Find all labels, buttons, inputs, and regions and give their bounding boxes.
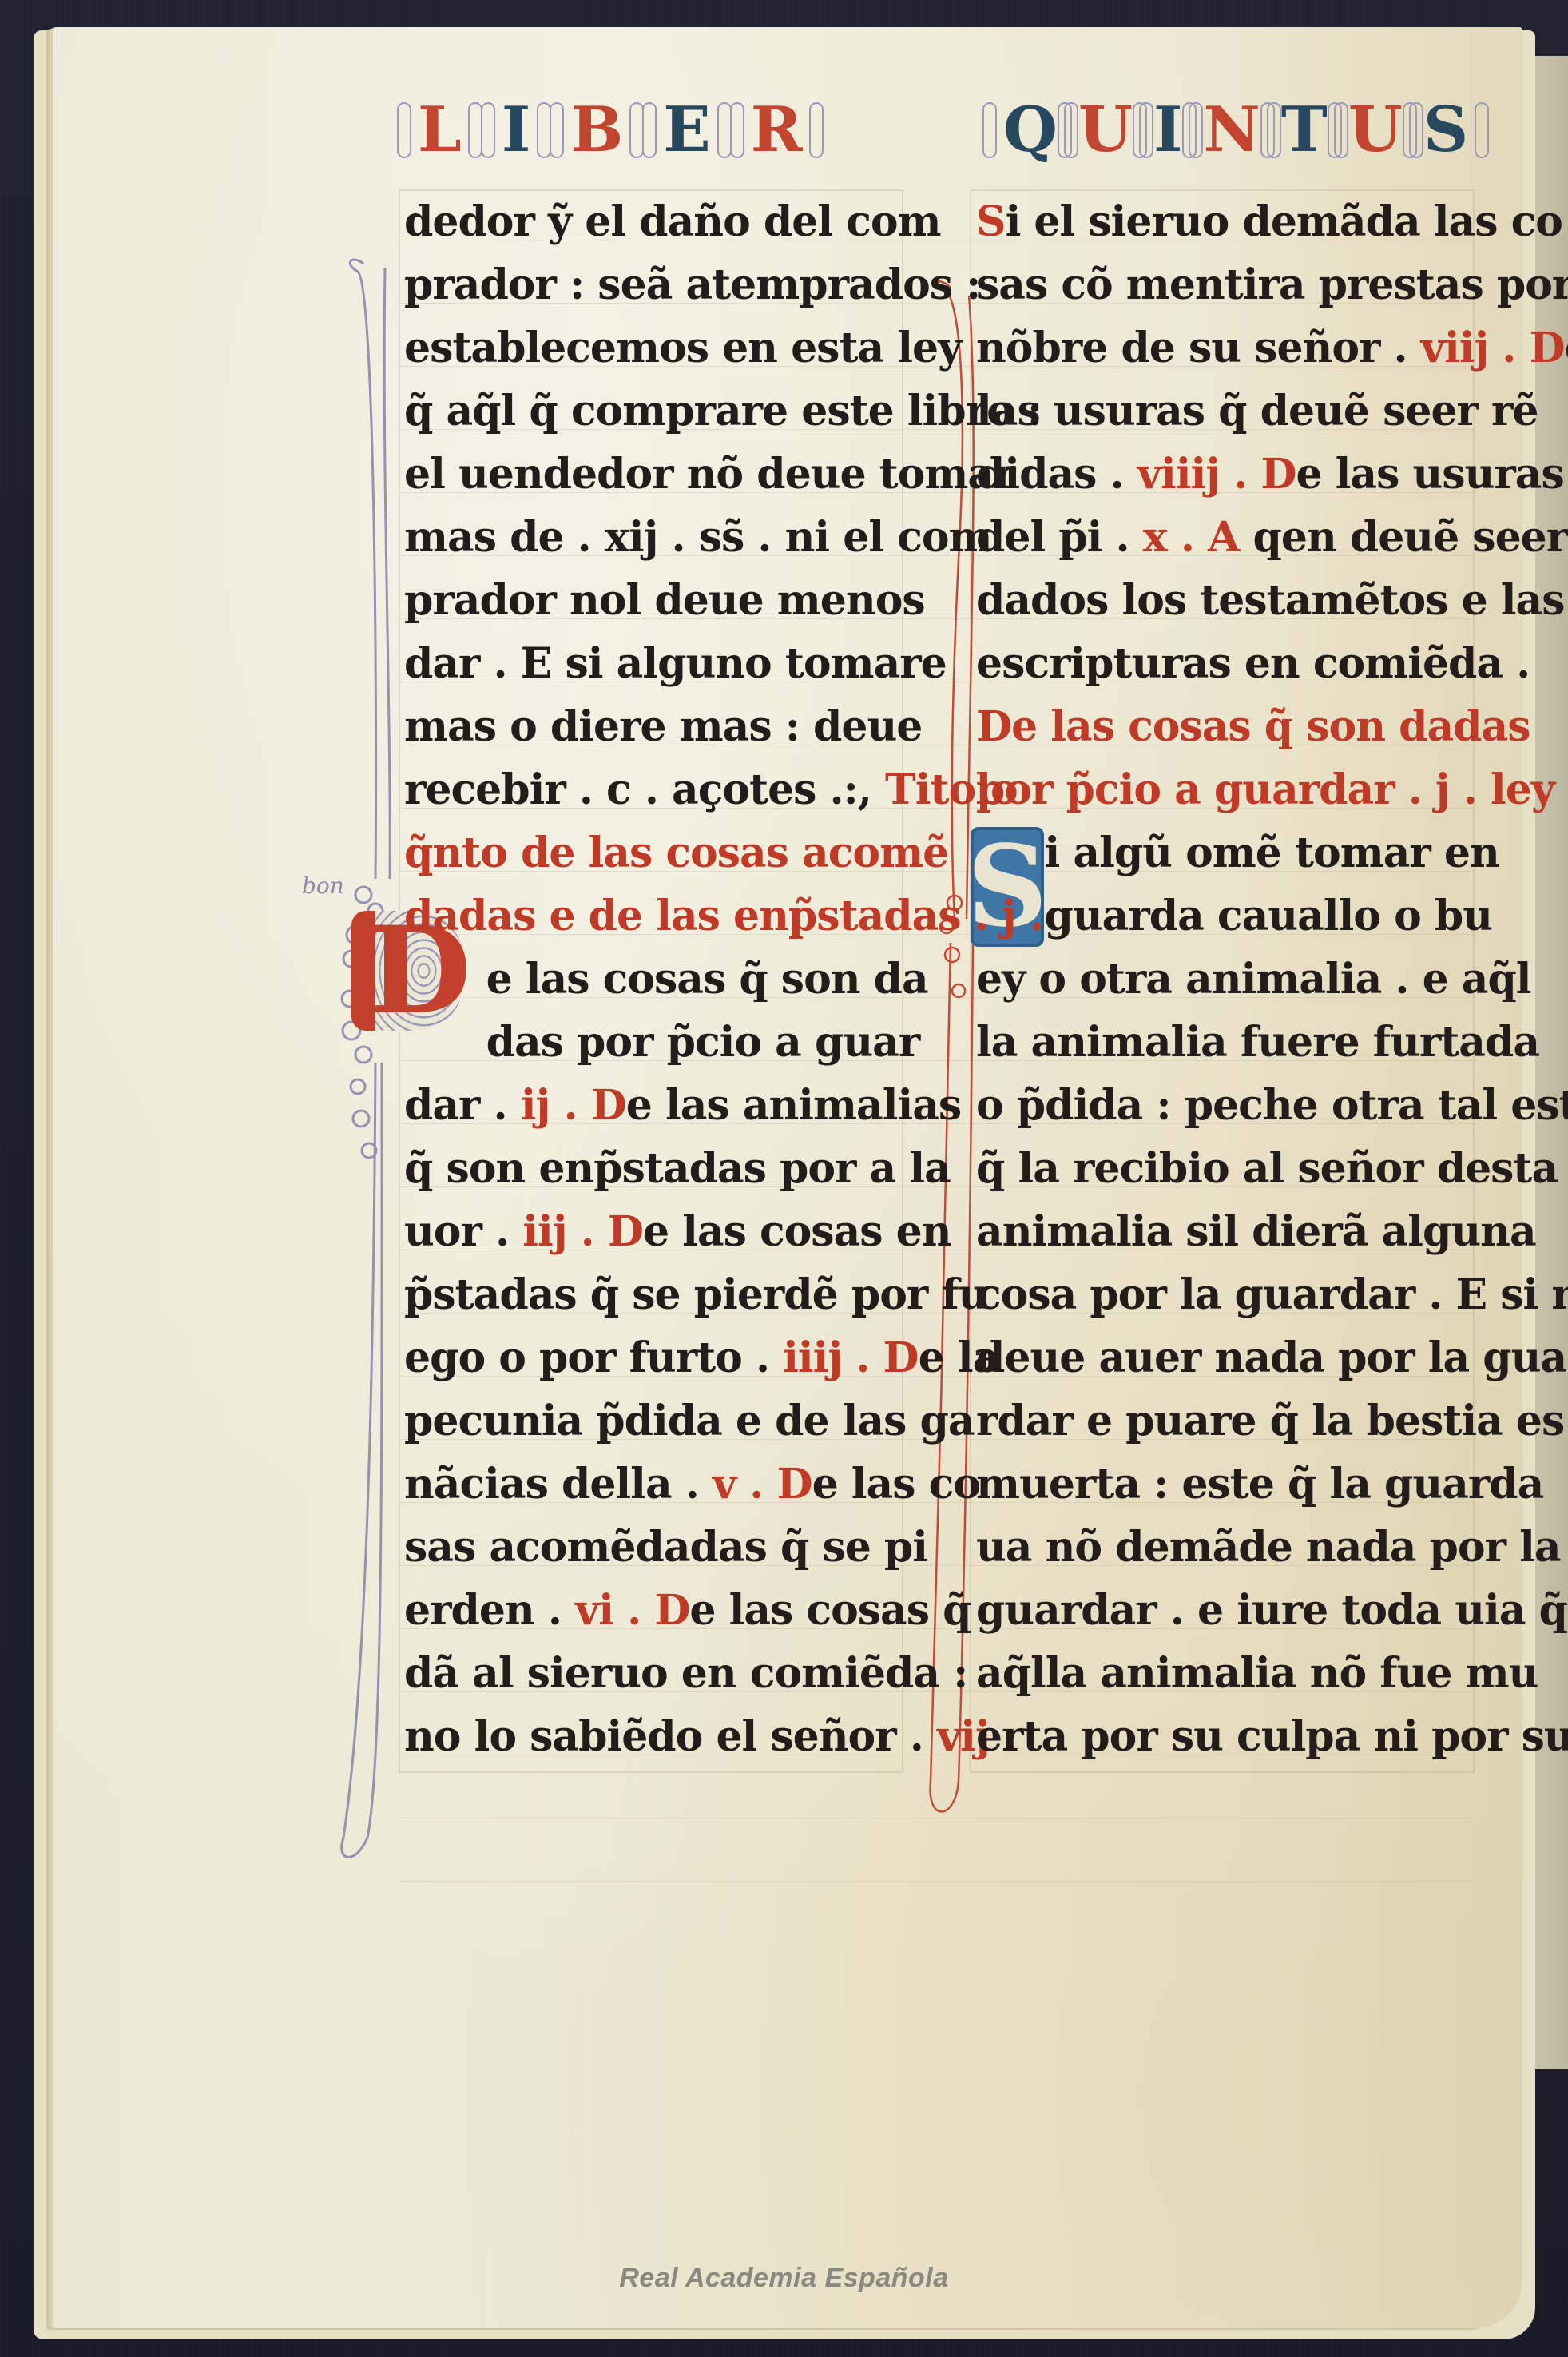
rubric-text: S (976, 197, 1006, 246)
body-text: ua nõ demãde nada por la (976, 1523, 1561, 1572)
rubric-text: dadas e de las enp̃stadas . j . (404, 892, 1043, 940)
text-line: prador nol deue menos (404, 569, 899, 632)
running-head-letter: T (1275, 99, 1334, 161)
body-text: didas . (976, 450, 1137, 499)
rubric-text: iiij . D (783, 1334, 918, 1382)
text-line: guardar . e iure toda uia q̃ (976, 1579, 1471, 1642)
rubric-text: iij . D (522, 1207, 643, 1256)
body-text: nõbre de su señor . (976, 324, 1421, 372)
rubric-text: De las cosas q̃ son dadas (976, 702, 1530, 751)
body-text: sas acomẽdadas q̃ se pi (404, 1523, 927, 1572)
body-text: q̃ la recibio al señor desta (976, 1144, 1558, 1193)
body-text: e (1565, 324, 1568, 372)
running-head-letter: U (1072, 99, 1139, 161)
body-text: e las cosas q̃ son da (404, 955, 928, 1004)
body-text: q̃ son enp̃stadas por a la (404, 1144, 951, 1193)
body-text: e las animalias (626, 1081, 961, 1130)
text-column-left: dedor ỹ el daño del comprador : seã atem… (404, 190, 899, 1768)
body-text: ey o otra animalia . e aq̃l (976, 955, 1531, 1004)
rubric-text: v . D (713, 1460, 812, 1508)
text-line: Si el sieruo demãda las co (976, 190, 1471, 253)
body-text: deue auer nada por la gua (976, 1334, 1566, 1382)
text-line: q̃nto de las cosas acomẽ (404, 821, 899, 884)
text-line: ua nõ demãde nada por la (976, 1516, 1471, 1579)
body-text: i el sieruo demãda las co (1006, 197, 1562, 246)
running-head-letter: I (495, 99, 538, 161)
text-line: prador : seã atemprados : (404, 253, 899, 316)
text-line: escripturas en comiẽda . (976, 632, 1471, 695)
body-text: establecemos en esta ley (404, 324, 961, 372)
body-text: p̃stadas q̃ se pierdẽ por fu (404, 1270, 988, 1319)
body-text: recebir . c . açotes .:, (404, 765, 885, 814)
running-head-letter: R (744, 99, 809, 161)
body-text: mas o diere mas : deue (404, 702, 922, 751)
text-line: De las cosas q̃ son dadas (976, 695, 1471, 758)
text-line: mas de . xij . ss̃ . ni el com (404, 506, 899, 569)
running-head-letter: N (1197, 99, 1266, 161)
body-text: uor . (404, 1207, 522, 1256)
text-line: recebir . c . açotes .:, Titolo (404, 758, 899, 821)
ruling-line (399, 1881, 1474, 1882)
text-column-right: Si el sieruo demãda las cosas cõ mentira… (976, 190, 1471, 1768)
text-line: cosa por la guardar . E si nõ (976, 1263, 1471, 1326)
text-line: animalia sil dierã alguna (976, 1200, 1471, 1263)
text-line: pecunia p̃dida e de las ga (404, 1389, 899, 1453)
text-line: q̃ son enp̃stadas por a la (404, 1137, 899, 1200)
body-text: nãcias della . (404, 1460, 713, 1508)
body-text: das por p̃cio a guar (404, 1018, 919, 1067)
rubric-text: q̃nto de las cosas acomẽ (404, 829, 948, 877)
text-line: ey o otra animalia . e aq̃l (976, 948, 1471, 1011)
body-text: el uendedor nõ deue tomar (404, 450, 1014, 499)
body-text: dados los testamẽtos e las (976, 576, 1564, 625)
body-text: guarda cauallo o bu (976, 892, 1492, 940)
text-line: didas . viiij . De las usuras (976, 443, 1471, 506)
ruling-line (399, 1818, 1474, 1818)
body-text: erden . (404, 1586, 575, 1635)
body-text: o p̃dida : peche otra tal este (976, 1081, 1568, 1130)
text-line: dedor ỹ el daño del com (404, 190, 899, 253)
running-head-left: LIBER (411, 94, 836, 166)
text-line: sas cõ mentira prestas por (976, 253, 1471, 316)
text-line: por p̃cio a guardar . j . ley . (976, 758, 1471, 821)
body-text: guardar . e iure toda uia q̃ (976, 1586, 1567, 1635)
text-line: erta por su culpa ni por su (976, 1705, 1471, 1768)
body-text: muerta : este q̃ la guarda (976, 1460, 1543, 1508)
body-text: erta por su culpa ni por su (976, 1712, 1568, 1761)
body-text: sas cõ mentira prestas por (976, 260, 1568, 309)
rubric-text: viiij . D (1137, 450, 1296, 499)
body-text: dar . E si alguno tomare (404, 639, 947, 688)
text-line: dã al sieruo en comiẽda : (404, 1642, 899, 1705)
rubric-text: x . A (1143, 513, 1240, 562)
text-line: las usuras q̃ deuẽ seer rẽ (976, 380, 1471, 443)
body-text: qen deuẽ seer (1239, 513, 1567, 562)
running-head-letter: Q (997, 99, 1064, 161)
body-text: dedor ỹ el daño del com (404, 197, 941, 246)
text-line: dar . E si alguno tomare (404, 632, 899, 695)
body-text: las usuras q̃ deuẽ seer rẽ (976, 387, 1538, 435)
text-line: i algũ omẽ tomar en (976, 821, 1471, 884)
text-line: deue auer nada por la gua (976, 1326, 1471, 1389)
body-text: no lo sabiẽdo el señor . (404, 1712, 937, 1761)
running-head-letter: S (1417, 99, 1475, 161)
running-head-letter: E (657, 99, 717, 161)
text-line: el uendedor nõ deue tomar (404, 443, 899, 506)
text-line: uor . iij . De las cosas en (404, 1200, 899, 1263)
text-line: establecemos en esta ley (404, 316, 899, 380)
text-line: o p̃dida : peche otra tal este (976, 1074, 1471, 1137)
body-text: del p̃i . (976, 513, 1143, 562)
body-text: rdar e puare q̃ la bestia es (976, 1397, 1564, 1445)
text-line: q̃ la recibio al señor desta (976, 1137, 1471, 1200)
body-text: e las cosas en (643, 1207, 951, 1256)
body-text: pecunia p̃dida e de las ga (404, 1397, 975, 1445)
running-head-letter: U (1342, 99, 1409, 161)
text-line: das por p̃cio a guar (404, 1011, 899, 1074)
text-line: e las cosas q̃ son da (404, 948, 899, 1011)
body-text: mas de . xij . ss̃ . ni el com (404, 513, 992, 562)
body-text: prador : seã atemprados : (404, 260, 980, 309)
text-line: ego o por furto . iiij . De la (404, 1326, 899, 1389)
text-line: nõbre de su señor . viij . De (976, 316, 1471, 380)
text-line: muerta : este q̃ la guarda (976, 1453, 1471, 1516)
text-line: sas acomẽdadas q̃ se pi (404, 1516, 899, 1579)
body-text: dã al sieruo en comiẽda : (404, 1649, 967, 1698)
marginal-note: bon (302, 872, 344, 899)
rubric-text: vi . D (575, 1586, 689, 1635)
body-text: aq̃lla animalia nõ fue mu (976, 1649, 1538, 1698)
text-line: guarda cauallo o bu (976, 884, 1471, 948)
body-text: q̃ aq̃l q̃ comprare este libro : (404, 387, 1042, 435)
text-line: dados los testamẽtos e las (976, 569, 1471, 632)
body-text: prador nol deue menos (404, 576, 925, 625)
body-text: dar . (404, 1081, 521, 1130)
text-line: erden . vi . De las cosas q̃ (404, 1579, 899, 1642)
body-text: animalia sil dierã alguna (976, 1207, 1536, 1256)
running-head-letter: B (564, 99, 629, 161)
text-line: no lo sabiẽdo el señor . vij . (404, 1705, 899, 1768)
text-line: aq̃lla animalia nõ fue mu (976, 1642, 1471, 1705)
body-text: i algũ omẽ tomar en (976, 829, 1499, 877)
watermark: Real Academia Española (0, 2263, 1568, 2294)
running-head-letter: L (411, 99, 468, 161)
body-text: ego o por furto . (404, 1334, 783, 1382)
text-line: mas o diere mas : deue (404, 695, 899, 758)
body-text: la animalia fuere furtada (976, 1018, 1539, 1067)
text-line: dadas e de las enp̃stadas . j . (404, 884, 899, 948)
body-text: e las co (812, 1460, 980, 1508)
body-text: e las cosas q̃ (689, 1586, 971, 1635)
running-head-right: QUINTUS (997, 94, 1483, 166)
text-line: q̃ aq̃l q̃ comprare este libro : (404, 380, 899, 443)
text-line: rdar e puare q̃ la bestia es (976, 1389, 1471, 1453)
rubric-text: por p̃cio a guardar . j . ley . (976, 765, 1568, 814)
body-text: cosa por la guardar . E si nõ (976, 1270, 1568, 1319)
rubric-text: viij . D (1421, 324, 1565, 372)
text-line: dar . ij . De las animalias (404, 1074, 899, 1137)
text-line: p̃stadas q̃ se pierdẽ por fu (404, 1263, 899, 1326)
text-line: del p̃i . x . A qen deuẽ seer (976, 506, 1471, 569)
text-line: la animalia fuere furtada (976, 1011, 1471, 1074)
text-line: nãcias della . v . De las co (404, 1453, 899, 1516)
body-text: e las usuras (1296, 450, 1563, 499)
rubric-text: ij . D (521, 1081, 626, 1130)
body-text: escripturas en comiẽda . (976, 639, 1530, 688)
